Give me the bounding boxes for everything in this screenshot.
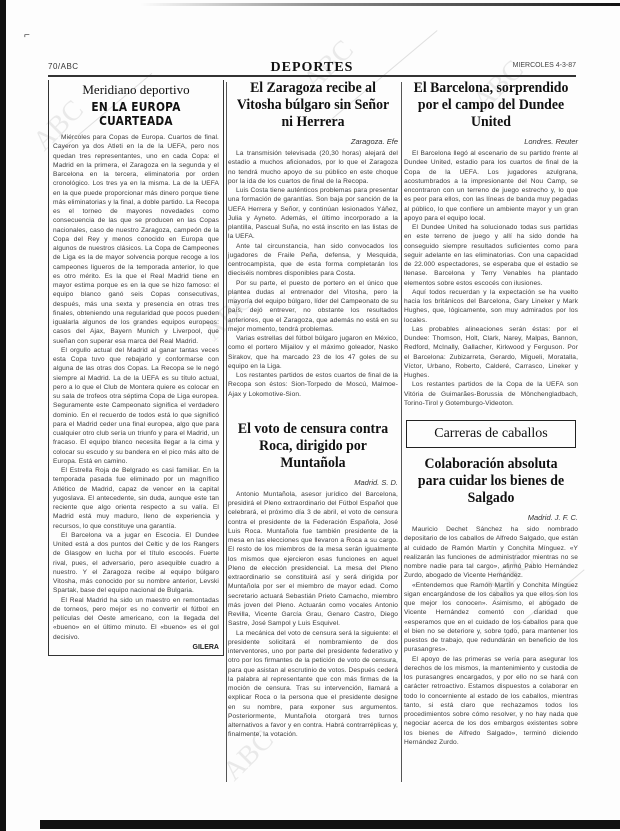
article-dateline: Londres. Reuter <box>404 137 578 146</box>
paragraph: Antonio Muntañola, asesor jurídico del B… <box>228 490 398 629</box>
paragraph: Por su parte, el puesto de portero en el… <box>228 279 398 335</box>
paragraph: Miércoles para Copas de Europa. Cuartos … <box>53 133 219 346</box>
column-zaragoza: El Zaragoza recibe al Vitosha búlgaro si… <box>228 80 398 740</box>
paragraph: Luis Costa tiene auténticos problemas pa… <box>228 186 398 242</box>
column-divider <box>401 82 402 782</box>
article-headline: El voto de censura contra Roca, dirigido… <box>235 421 391 472</box>
header-rule <box>48 75 576 77</box>
column-barcelona: El Barcelona, sorprendido por el campo d… <box>404 80 578 747</box>
author-signature: GILERA <box>53 644 219 651</box>
paragraph: El apoyo de las primeras se vería para a… <box>404 655 578 748</box>
paragraph: La mecánica del voto de censura será la … <box>228 629 398 740</box>
paragraph: El Estrella Roja de Belgrado es casi fam… <box>53 466 219 531</box>
paragraph: El Barcelona va a jugar en Escocia. El D… <box>53 531 219 596</box>
column-editorial: Meridiano deportivo EN LA EUROPA CUARTEA… <box>48 80 224 656</box>
article-barcelona: El Barcelona, sorprendido por el campo d… <box>404 80 578 408</box>
editorial-title: EN LA EUROPA CUARTEADA <box>63 100 209 128</box>
scan-mark: ⌐ <box>24 30 30 41</box>
paragraph: Ante tal circunstancia, han sido convoca… <box>228 242 398 279</box>
paragraph: El Barcelona llegó al escenario de su pa… <box>404 149 578 223</box>
paragraph: Los restantes partidos de la Copa de la … <box>404 380 578 408</box>
scan-edge-bottom <box>40 820 620 829</box>
scan-streak-top <box>140 3 620 6</box>
page-header: 70/ABC DEPORTES MIERCOLES 4-3-87 <box>48 60 576 74</box>
paragraph: Varias estrellas del fútbol búlgaro juga… <box>228 334 398 371</box>
article-headline: Colaboración absoluta para cuidar los bi… <box>411 456 571 507</box>
article-censura: El voto de censura contra Roca, dirigido… <box>228 421 398 740</box>
article-headline: El Barcelona, sorprendido por el campo d… <box>411 80 571 131</box>
paragraph: El Real Madrid ha sido un maestro en rem… <box>53 596 219 642</box>
section-title: DEPORTES <box>48 60 576 76</box>
paragraph: Mauricio Dechet Sánchez ha sido nombrado… <box>404 525 578 581</box>
article-dateline: Zaragoza. Efe <box>228 137 398 146</box>
editorial-box: Meridiano deportivo EN LA EUROPA CUARTEA… <box>48 80 224 656</box>
editorial-kicker: Meridiano deportivo <box>53 82 219 98</box>
paragraph: Aquí todos recuerdan y la expectación se… <box>404 288 578 325</box>
section-box-horse-racing: Carreras de caballos <box>406 420 576 448</box>
paragraph: Los restantes partidos de estos cuartos … <box>228 371 398 399</box>
scan-edge-left <box>0 0 6 831</box>
paragraph: El Dundee United ha solucionado todas su… <box>404 223 578 288</box>
article-dateline: Madrid. J. F. C. <box>404 513 578 522</box>
column-divider <box>226 82 227 782</box>
paragraph: El orgullo actual del Madrid al ganar ta… <box>53 346 219 466</box>
article-salgado: Colaboración absoluta para cuidar los bi… <box>404 456 578 747</box>
paragraph: Las probables alineaciones serán éstas: … <box>404 325 578 381</box>
article-dateline: Madrid. S. D. <box>228 478 398 487</box>
paragraph: «Entendemos que Ramón Martín y Conchita … <box>404 581 578 655</box>
issue-date: MIERCOLES 4-3-87 <box>513 62 576 69</box>
article-headline: El Zaragoza recibe al Vitosha búlgaro si… <box>235 80 391 131</box>
article-zaragoza: El Zaragoza recibe al Vitosha búlgaro si… <box>228 80 398 399</box>
paragraph: La transmisión televisada (20,30 horas) … <box>228 149 398 186</box>
